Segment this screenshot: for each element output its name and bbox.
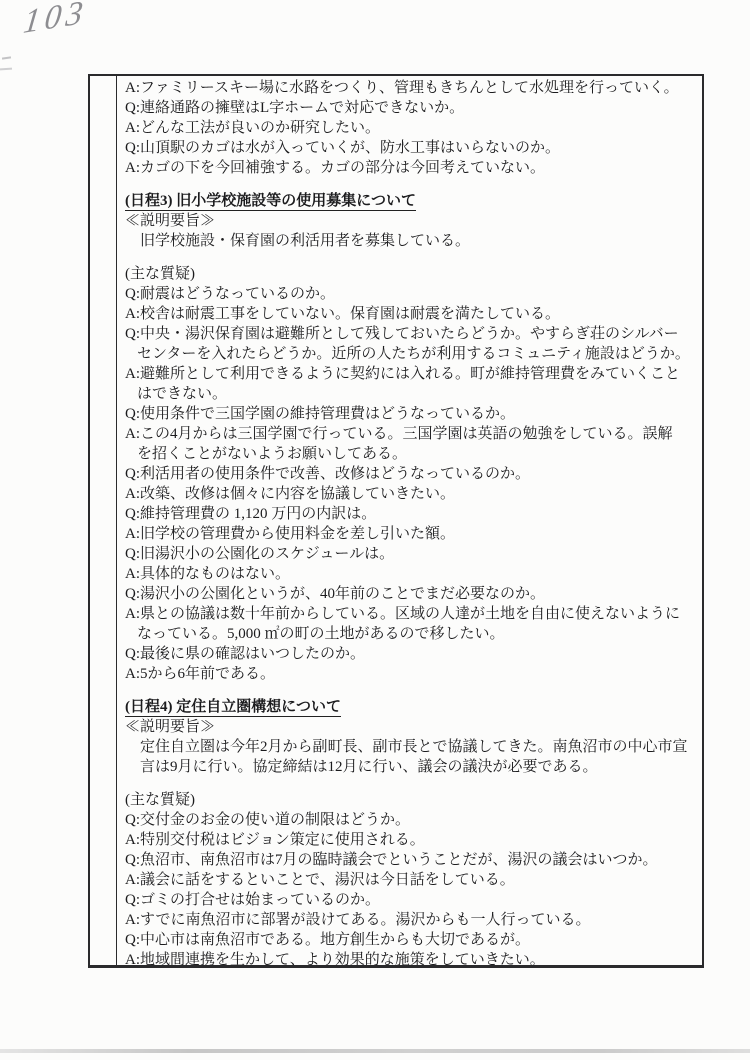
qa-line: Q:使用条件で三国学園の維持管理費はどうなっているか。 [125, 404, 700, 424]
blank-line [125, 684, 700, 697]
qa-line: A:この4月からは三国学園で行っている。三国学園は英語の勉強をしている。誤解 [125, 424, 700, 444]
minutes-table-frame: A:ファミリースキー場に水路をつくり、管理もきちんとして水処理を行っていく。 Q… [88, 74, 704, 968]
qa-line: A:県との協議は数十年前からしている。区域の人達が土地を自由に使えないように [125, 604, 700, 624]
qa-line: Q:中心市は南魚沼市である。地方創生からも大切であるが。 [125, 930, 700, 950]
qa-line: Q:維持管理費の 1,120 万円の内訳は。 [125, 504, 700, 524]
qa-line: A:ファミリースキー場に水路をつくり、管理もきちんとして水処理を行っていく。 [125, 78, 700, 98]
qa-continuation-line: はできない。 [125, 384, 700, 404]
qa-line: A:地域間連携を生かして、より効果的な施策をしていきたい。 [125, 950, 700, 965]
qa-continuation-line: なっている。5,000 ㎡の町の土地があるので移したい。 [125, 624, 700, 644]
qa-line: A:すでに南魚沼市に部署が設けてある。湯沢からも一人行っている。 [125, 910, 700, 930]
questions-label: (主な質疑) [125, 264, 700, 284]
section-heading-nittei4: (日程4) 定住自立圏構想について [125, 697, 700, 717]
qa-line: A:具体的なものはない。 [125, 564, 700, 584]
qa-line: A:校舎は耐震工事をしていない。保育園は耐震を満たしている。 [125, 304, 700, 324]
qa-line: Q:山頂駅のカゴは水が入っていくが、防水工事はいらないのか。 [125, 138, 700, 158]
qa-line: A:旧学校の管理費から使用料金を差し引いた額。 [125, 524, 700, 544]
qa-line: A:避難所として利用できるように契約には入れる。町が維持管理費をみていくこと [125, 364, 700, 384]
qa-line: Q:利活用者の使用条件で改善、改修はどうなっているのか。 [125, 464, 700, 484]
scan-artifact-mark [0, 68, 12, 71]
qa-line: A:議会に話をするといことで、湯沢は今日話をしている。 [125, 870, 700, 890]
qa-continuation-line: を招くことがないようお願いしてある。 [125, 444, 700, 464]
qa-line: Q:連絡通路の擁壁はL字ホームで対応できないか。 [125, 98, 700, 118]
scanner-edge-band [0, 1049, 750, 1053]
table-content-column: A:ファミリースキー場に水路をつくり、管理もきちんとして水処理を行っていく。 Q… [117, 76, 702, 965]
qa-line: Q:交付金のお金の使い道の制限はどうか。 [125, 810, 700, 830]
blank-line [125, 251, 700, 264]
scanned-minutes-page: 103 A:ファミリースキー場に水路をつくり、管理もきちんとして水処理を行ってい… [0, 0, 750, 1060]
handwritten-page-number: 103 [21, 0, 89, 42]
summary-label: ≪説明要旨≫ [125, 717, 700, 737]
summary-label: ≪説明要旨≫ [125, 211, 700, 231]
qa-line: Q:最後に県の確認はいつしたのか。 [125, 644, 700, 664]
qa-line: A:特別交付税はビジョン策定に使用される。 [125, 830, 700, 850]
section-heading-text: (日程3) 旧小学校施設等の使用募集について [125, 192, 416, 211]
summary-body-line: 言は9月に行い。協定締結は12月に行い、議会の議決が必要である。 [125, 757, 700, 777]
qa-line: A:どんな工法が良いのか研究したい。 [125, 118, 700, 138]
summary-body-line: 定住自立圏は今年2月から副町長、副市長とで協議してきた。南魚沼市の中心市宣 [125, 737, 700, 757]
qa-line: A:改築、改修は個々に内容を協議していきたい。 [125, 484, 700, 504]
summary-body-line: 旧学校施設・保育園の利活用者を募集している。 [125, 231, 700, 251]
questions-label: (主な質疑) [125, 790, 700, 810]
qa-line: A:5から6年前である。 [125, 664, 700, 684]
section-heading-text: (日程4) 定住自立圏構想について [125, 698, 341, 717]
qa-line: Q:湯沢小の公園化というが、40年前のことでまだ必要なのか。 [125, 584, 700, 604]
qa-line: Q:ゴミの打合せは始まっているのか。 [125, 890, 700, 910]
table-narrow-column [90, 76, 117, 965]
qa-line: Q:中央・湯沢保育園は避難所として残しておいたらどうか。やすらぎ荘のシルバー [125, 324, 700, 344]
blank-line [125, 178, 700, 191]
scan-artifact-mark [2, 56, 11, 59]
blank-line [125, 777, 700, 790]
qa-continuation-line: センターを入れたらどうか。近所の人たちが利用するコミュニティ施設はどうか。 [125, 344, 700, 364]
qa-line: Q:耐震はどうなっているのか。 [125, 284, 700, 304]
qa-line: A:カゴの下を今回補強する。カゴの部分は今回考えていない。 [125, 158, 700, 178]
qa-line: Q:魚沼市、南魚沼市は7月の臨時議会でということだが、湯沢の議会はいつか。 [125, 850, 700, 870]
qa-line: Q:旧湯沢小の公園化のスケジュールは。 [125, 544, 700, 564]
section-heading-nittei3: (日程3) 旧小学校施設等の使用募集について [125, 191, 700, 211]
